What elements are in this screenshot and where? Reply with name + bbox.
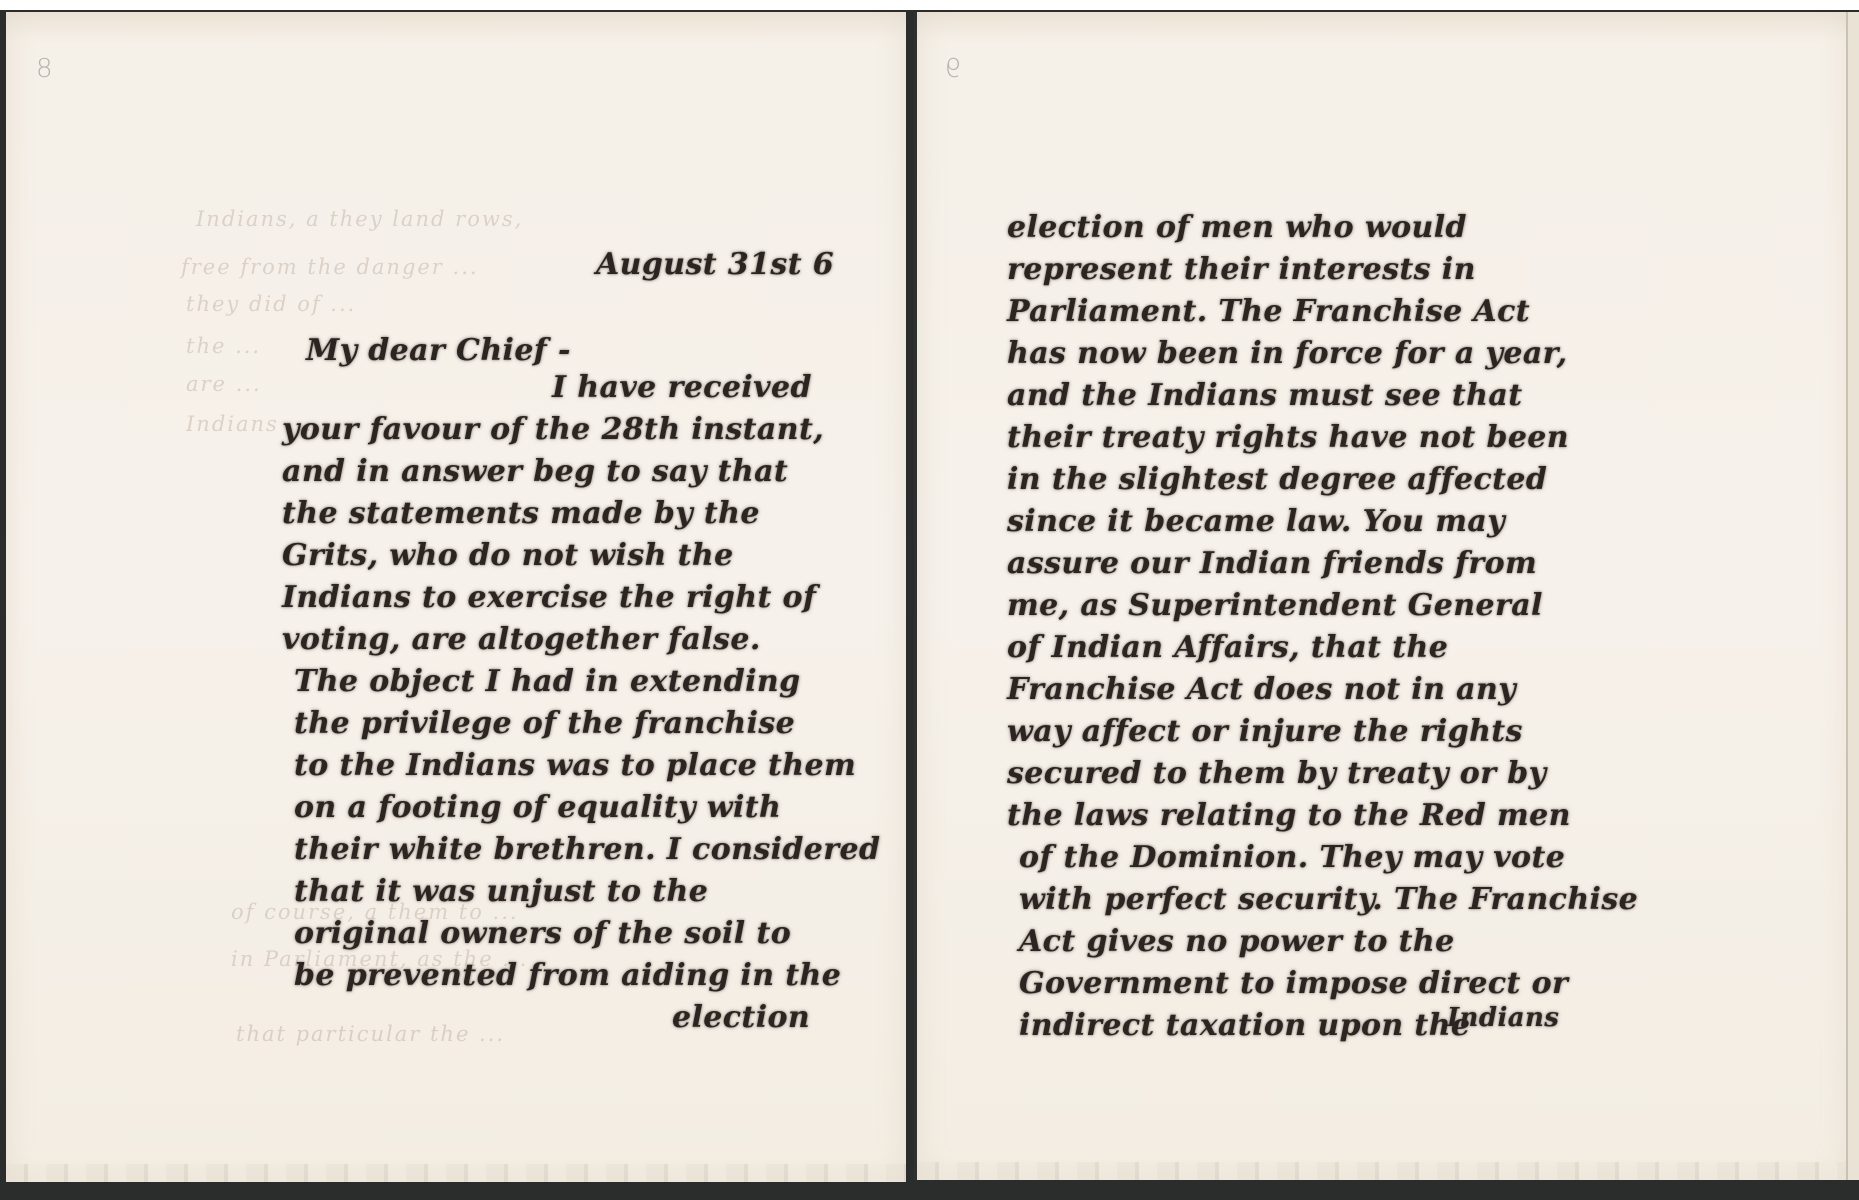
text-line: since it became law. You may: [1007, 501, 1638, 543]
text-line: the privilege of the franchise: [282, 703, 880, 745]
text-line: Parliament. The Franchise Act: [1007, 291, 1638, 333]
text-line: assure our Indian friends from: [1007, 543, 1638, 585]
text-line: way affect or injure the rights: [1007, 711, 1638, 753]
text-line: of the Dominion. They may vote: [1007, 837, 1638, 879]
text-line: Franchise Act does not in any: [1007, 669, 1638, 711]
catchword: Indians: [1447, 997, 1559, 1039]
text-line: be prevented from aiding in the: [282, 955, 880, 997]
text-line: The object I had in extending: [282, 661, 880, 703]
text-line: and in answer beg to say that: [282, 451, 880, 493]
text-line: their white brethren. I considered: [282, 829, 880, 871]
folio-number: 8: [36, 54, 53, 84]
text-line: represent their interests in: [1007, 249, 1638, 291]
text-line: election: [282, 997, 880, 1039]
text-line: has now been in force for a year,: [1007, 333, 1638, 375]
bleed-through-text: the ...: [186, 334, 261, 358]
letter-date: August 31st 6: [596, 244, 834, 286]
letter-salutation: My dear Chief -: [306, 330, 571, 372]
bleed-through-text: free from the danger ...: [181, 255, 479, 279]
text-line: Indians to exercise the right of: [282, 577, 880, 619]
text-line: secured to them by treaty or by: [1007, 753, 1638, 795]
text-line: their treaty rights have not been: [1007, 417, 1638, 459]
bleed-through-text: Indians, a they land rows,: [196, 207, 523, 231]
letter-body-left: I have received your favour of the 28th …: [282, 367, 880, 1039]
text-line: I have received: [282, 367, 880, 409]
text-line: to the Indians was to place them: [282, 745, 880, 787]
text-line: of Indian Affairs, that the: [1007, 627, 1638, 669]
text-line: the statements made by the: [282, 493, 880, 535]
text-line: and the Indians must see that: [1007, 375, 1638, 417]
text-line: with perfect security. The Franchise: [1007, 879, 1638, 921]
text-line: Grits, who do not wish the: [282, 535, 880, 577]
scan-top-margin: [0, 0, 1859, 10]
bleed-through-text: they did of ...: [186, 292, 356, 316]
next-page-edge: [1846, 12, 1859, 1180]
text-line: me, as Superintendent General: [1007, 585, 1638, 627]
bleed-through-text: are ...: [186, 372, 262, 396]
left-page: 8 Indians, a they land rows, free from t…: [6, 12, 906, 1182]
letter-body-right: election of men who would represent thei…: [1007, 207, 1638, 1047]
text-line: that it was unjust to the: [282, 871, 880, 913]
text-line: original owners of the soil to: [282, 913, 880, 955]
text-line: on a footing of equality with: [282, 787, 880, 829]
text-line: election of men who would: [1007, 207, 1638, 249]
text-line: Act gives no power to the: [1007, 921, 1638, 963]
text-line: the laws relating to the Red men: [1007, 795, 1638, 837]
right-page: 9 election of men who would represent th…: [914, 12, 1849, 1180]
text-line: voting, are altogether false.: [282, 619, 880, 661]
text-line: in the slightest degree affected: [1007, 459, 1638, 501]
text-line: your favour of the 28th instant,: [282, 409, 880, 451]
folio-number: 9: [945, 54, 962, 84]
